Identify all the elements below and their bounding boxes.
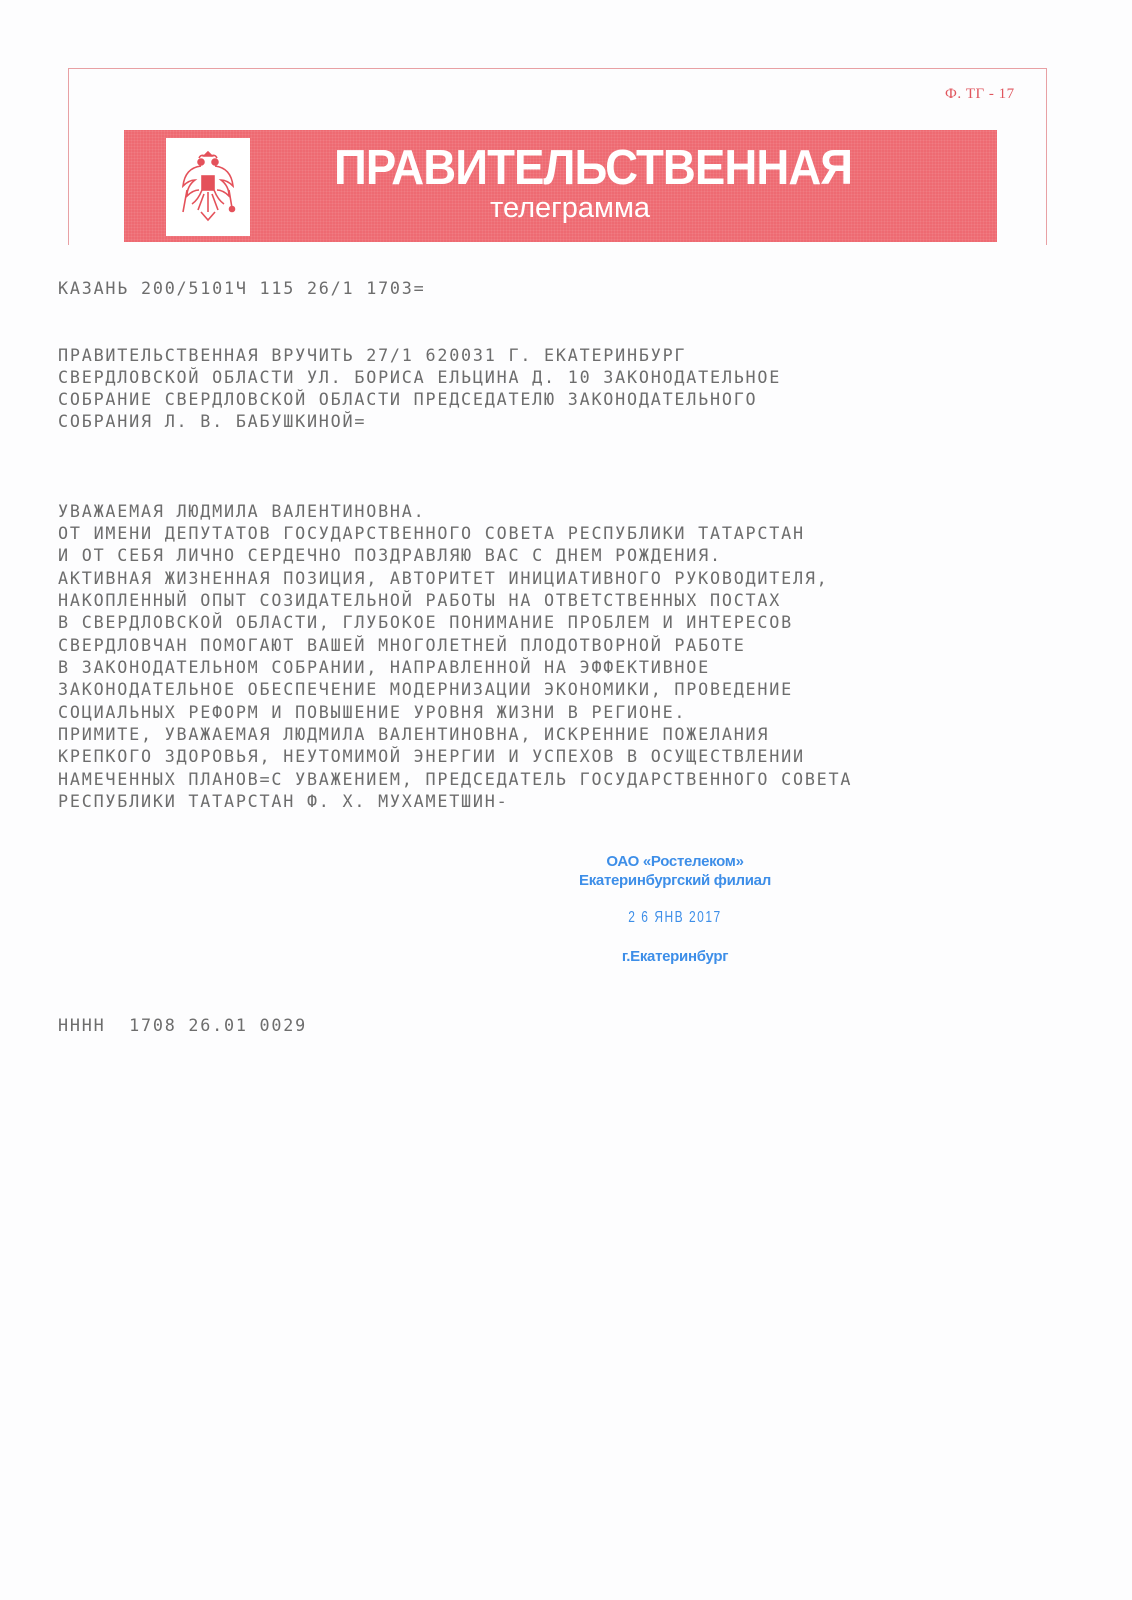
address-line: СВЕРДЛОВСКОЙ ОБЛАСТИ УЛ. БОРИСА ЕЛЬЦИНА …	[58, 367, 781, 389]
footer-line: НННН 1708 26.01 0029	[58, 1015, 307, 1037]
address-line: СОБРАНИЕ СВЕРДЛОВСКОЙ ОБЛАСТИ ПРЕДСЕДАТЕ…	[58, 389, 757, 411]
address-line: СОБРАНИЯ Л. В. БАБУШКИНОЙ=	[58, 411, 366, 433]
stamp-city: г.Екатеринбург	[550, 948, 800, 965]
stamp-org: ОАО «Ростелеком»	[550, 852, 800, 871]
banner-title: ПРАВИТЕЛЬСТВЕННАЯ	[334, 140, 852, 196]
body-line: НАКОПЛЕННЫЙ ОПЫТ СОЗИДАТЕЛЬНОЙ РАБОТЫ НА…	[58, 590, 781, 612]
body-line: И ОТ СЕБЯ ЛИЧНО СЕРДЕЧНО ПОЗДРАВЛЯЮ ВАС …	[58, 545, 722, 567]
coat-of-arms-icon	[166, 138, 250, 236]
form-code: Ф. ТГ - 17	[945, 86, 1015, 103]
body-line: РЕСПУБЛИКИ ТАТАРСТАН Ф. Х. МУХАМЕТШИН-	[58, 791, 508, 813]
body-line: УВАЖАЕМАЯ ЛЮДМИЛА ВАЛЕНТИНОВНА.	[58, 501, 425, 523]
stamp-date: 2 6 ЯНВ 2017	[581, 908, 769, 928]
body-line: В ЗАКОНОДАТЕЛЬНОМ СОБРАНИИ, НАПРАВЛЕННОЙ…	[58, 657, 710, 679]
body-line: НАМЕЧЕННЫХ ПЛАНОВ=С УВАЖЕНИЕМ, ПРЕДСЕДАТ…	[58, 769, 852, 791]
body-line: АКТИВНАЯ ЖИЗНЕННАЯ ПОЗИЦИЯ, АВТОРИТЕТ ИН…	[58, 568, 829, 590]
body-line: КРЕПКОГО ЗДОРОВЬЯ, НЕУТОМИМОЙ ЭНЕРГИИ И …	[58, 746, 805, 768]
banner-subtitle: телеграмма	[490, 192, 650, 225]
body-line: В СВЕРДЛОВСКОЙ ОБЛАСТИ, ГЛУБОКОЕ ПОНИМАН…	[58, 612, 793, 634]
body-line: ОТ ИМЕНИ ДЕПУТАТОВ ГОСУДАРСТВЕННОГО СОВЕ…	[58, 523, 805, 545]
delivery-stamp: ОАО «Ростелеком» Екатеринбургский филиал…	[550, 852, 800, 965]
telegram-banner: ПРАВИТЕЛЬСТВЕННАЯ телеграмма	[124, 130, 997, 242]
header-line: КАЗАНЬ 200/5101Ч 115 26/1 1703=	[58, 278, 425, 300]
body-line: ПРИМИТЕ, УВАЖАЕМАЯ ЛЮДМИЛА ВАЛЕНТИНОВНА,…	[58, 724, 769, 746]
body-line: СВЕРДЛОВЧАН ПОМОГАЮТ ВАШЕЙ МНОГОЛЕТНЕЙ П…	[58, 635, 746, 657]
stamp-branch: Екатеринбургский филиал	[550, 871, 800, 890]
body-line: СОЦИАЛЬНЫХ РЕФОРМ И ПОВЫШЕНИЕ УРОВНЯ ЖИЗ…	[58, 702, 686, 724]
address-line: ПРАВИТЕЛЬСТВЕННАЯ ВРУЧИТЬ 27/1 620031 Г.…	[58, 345, 686, 367]
body-line: ЗАКОНОДАТЕЛЬНОЕ ОБЕСПЕЧЕНИЕ МОДЕРНИЗАЦИИ…	[58, 679, 793, 701]
